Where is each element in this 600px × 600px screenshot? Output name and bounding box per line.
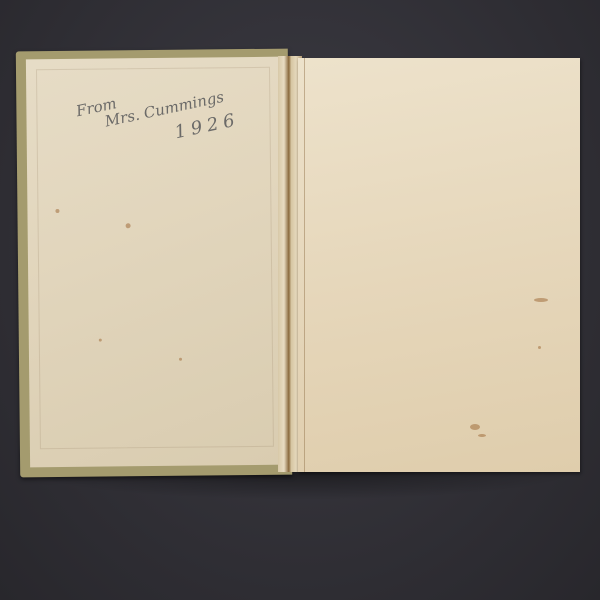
foxing-spot — [99, 339, 102, 342]
foxing-spot — [179, 358, 182, 361]
foxing-spot — [478, 434, 486, 437]
flyleaf-page — [298, 58, 580, 472]
foxing-spot — [55, 209, 59, 213]
foxing-spot — [534, 298, 548, 302]
foxing-spot — [126, 223, 131, 228]
gutter-fold-line — [304, 58, 305, 472]
foxing-spot — [538, 346, 541, 349]
foxing-spot — [470, 424, 480, 430]
